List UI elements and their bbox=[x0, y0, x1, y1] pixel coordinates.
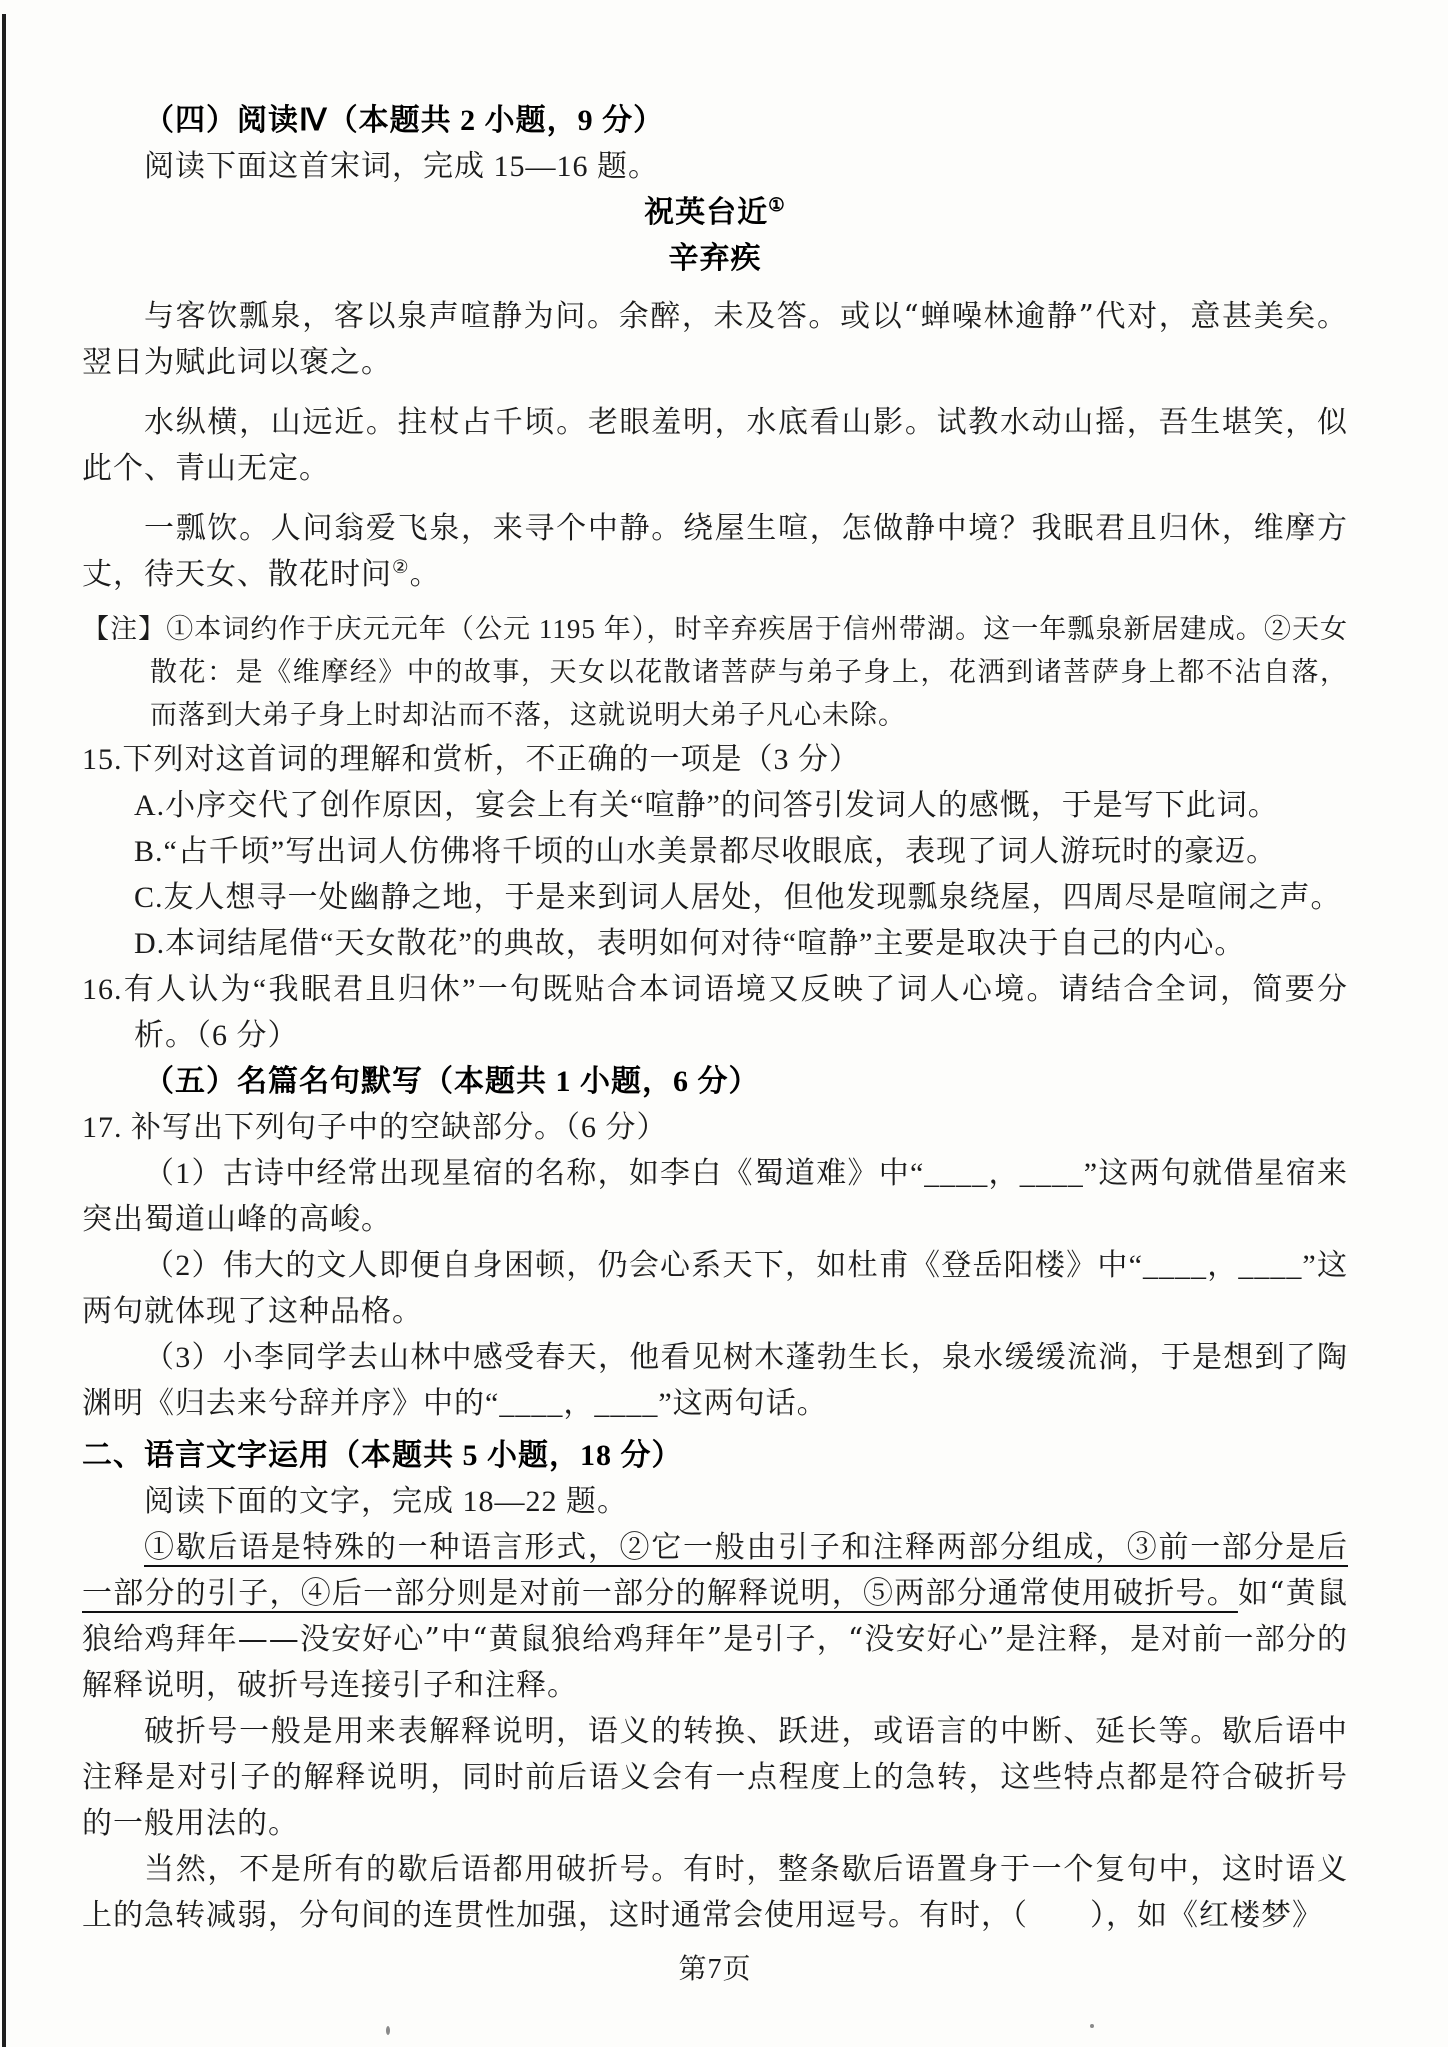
exam-paper-page: （四）阅读Ⅳ（本题共 2 小题，9 分） 阅读下面这首宋词，完成 15—16 题… bbox=[0, 0, 1448, 2047]
q15-option-a: A.小序交代了创作原因，宴会上有关“喧静”的问答引发词人的感慨，于是写下此词。 bbox=[82, 783, 1348, 829]
page-number: 第7页 bbox=[82, 1947, 1348, 1993]
poem-note-ref-2: ② bbox=[392, 557, 410, 578]
lang-passage-para-1: ①歇后语是特殊的一种语言形式，②它一般由引子和注释两部分组成，③前一部分是后一部… bbox=[82, 1525, 1348, 1709]
notes-label: 【注】 bbox=[82, 614, 166, 644]
q17-stem: 17. 补写出下列句子中的空缺部分。（6 分） bbox=[82, 1105, 1348, 1151]
scan-edge-line bbox=[2, 14, 6, 2047]
q15-option-c: C.友人想寻一处幽静之地，于是来到词人居处，但他发现瓢泉绕屋，四周尽是喧闹之声。 bbox=[82, 875, 1348, 921]
poem-stanza-2: 一瓢饮。人问翁爱飞泉，来寻个中静。绕屋生喧，怎做静中境？我眠君且归休，维摩方丈，… bbox=[82, 506, 1348, 598]
poem-stanza-2-tail: 。 bbox=[410, 557, 441, 592]
lang-intro: 阅读下面的文字，完成 18—22 题。 bbox=[82, 1479, 1348, 1525]
lang-passage-underlined-part: ①歇后语是特殊的一种语言形式，②它一般由引子和注释两部分组成，③前一部分是后一部… bbox=[82, 1530, 1348, 1611]
q16-stem: 16.有人认为“我眠君且归休”一句既贴合本词语境又反映了词人心境。请结合全词，简… bbox=[82, 967, 1348, 1059]
poem-title-note-ref: ① bbox=[768, 195, 786, 216]
q15-option-d: D.本词结尾借“天女散花”的典故，表明如何对待“喧静”主要是取决于自己的内心。 bbox=[82, 921, 1348, 967]
lang-passage-para-3: 当然，不是所有的歇后语都用破折号。有时，整条歇后语置身于一个复句中，这时语义上的… bbox=[82, 1847, 1348, 1939]
poem-notes: 【注】①本词约作于庆元元年（公元 1195 年），时辛弃疾居于信州带湖。这一年瓢… bbox=[82, 608, 1348, 737]
section4-heading: （四）阅读Ⅳ（本题共 2 小题，9 分） bbox=[82, 98, 1348, 144]
scan-speck bbox=[386, 2026, 390, 2035]
q17-item-3: （3）小李同学去山林中感受春天，他看见树木蓬勃生长，泉水缓缓流淌，于是想到了陶渊… bbox=[82, 1335, 1348, 1427]
poem-preface: 与客饮瓢泉，客以泉声喧静为问。余醉，未及答。或以“蝉噪林逾静”代对，意甚美矣。翌… bbox=[82, 294, 1348, 386]
poem-author: 辛弃疾 bbox=[82, 236, 1348, 282]
section4-intro: 阅读下面这首宋词，完成 15—16 题。 bbox=[82, 144, 1348, 190]
poem-title-line: 祝英台近① bbox=[82, 190, 1348, 236]
q17-item-1: （1）古诗中经常出现星宿的名称，如李白《蜀道难》中“____，____”这两句就… bbox=[82, 1151, 1348, 1243]
poem-stanza-1: 水纵横，山远近。拄杖占千顷。老眼羞明，水底看山影。试教水动山摇，吾生堪笑，似此个… bbox=[82, 400, 1348, 492]
section-lang-heading: 二、语言文字运用（本题共 5 小题，18 分） bbox=[82, 1433, 1348, 1479]
page-content: （四）阅读Ⅳ（本题共 2 小题，9 分） 阅读下面这首宋词，完成 15—16 题… bbox=[82, 98, 1348, 1993]
poem-title: 祝英台近 bbox=[644, 195, 768, 230]
scan-speck bbox=[1090, 2024, 1094, 2028]
section5-heading: （五）名篇名句默写（本题共 1 小题，6 分） bbox=[82, 1059, 1348, 1105]
poem-stanza-2-text: 一瓢饮。人问翁爱飞泉，来寻个中静。绕屋生喧，怎做静中境？我眠君且归休，维摩方丈，… bbox=[82, 511, 1348, 592]
notes-text: ①本词约作于庆元元年（公元 1195 年），时辛弃疾居于信州带湖。这一年瓢泉新居… bbox=[150, 614, 1348, 730]
q15-option-b: B.“占千顷”写出词人仿佛将千顷的山水美景都尽收眼底，表现了词人游玩时的豪迈。 bbox=[82, 829, 1348, 875]
lang-passage-para-2: 破折号一般是用来表解释说明，语义的转换、跃进，或语言的中断、延长等。歇后语中注释… bbox=[82, 1709, 1348, 1847]
q15-stem: 15.下列对这首词的理解和赏析，不正确的一项是（3 分） bbox=[82, 737, 1348, 783]
q17-item-2: （2）伟大的文人即便自身困顿，仍会心系天下，如杜甫《登岳阳楼》中“____，__… bbox=[82, 1243, 1348, 1335]
